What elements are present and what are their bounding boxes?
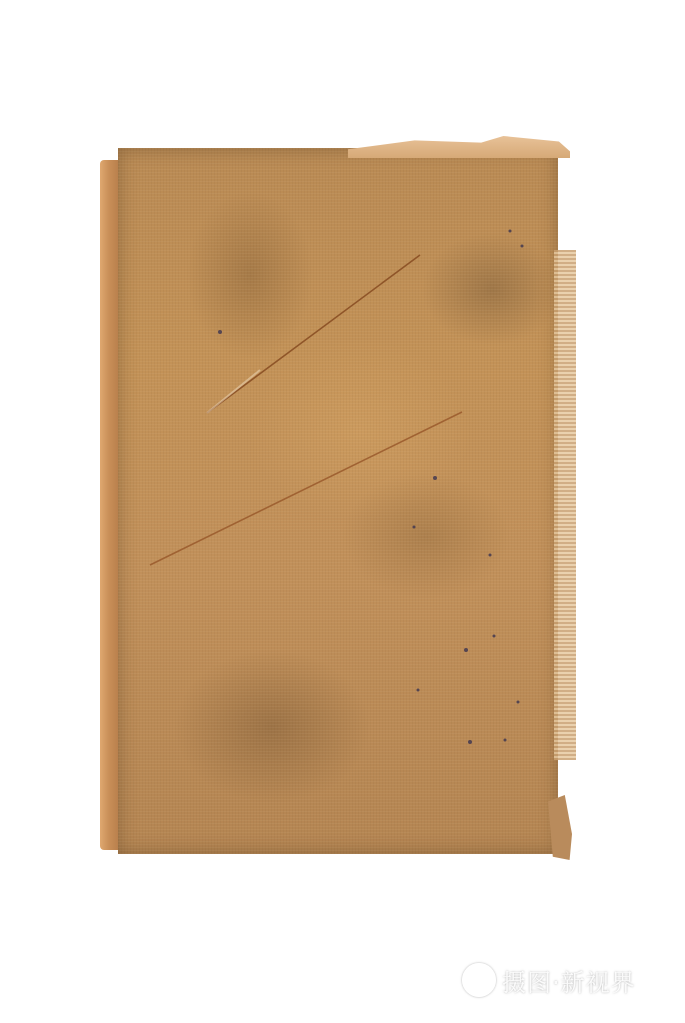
watermark-text: 摄图·新视界 — [502, 963, 636, 998]
camera-aperture-icon — [462, 963, 496, 997]
watermark: 摄图·新视界 — [462, 962, 636, 998]
cover-scratches — [0, 0, 685, 1023]
book-photo — [0, 0, 685, 1023]
